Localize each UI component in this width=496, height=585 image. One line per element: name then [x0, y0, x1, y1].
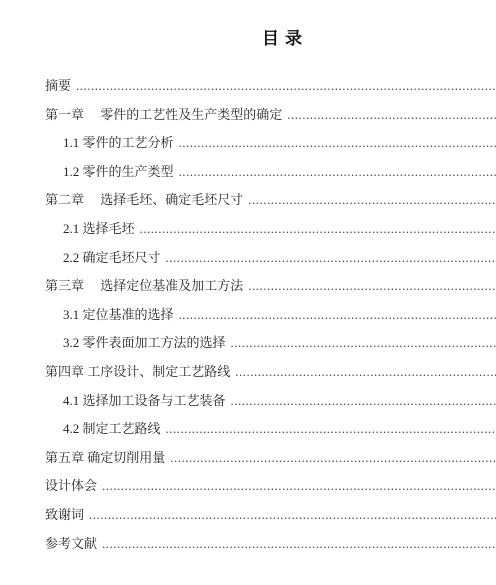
dot-leader: ........................................… [166, 244, 496, 273]
toc-entry-label: 2.1 选择毛坯 [63, 215, 135, 244]
dot-leader: ........................................… [89, 501, 496, 530]
dot-leader: ........................................… [166, 415, 496, 444]
dot-leader: ........................................… [235, 358, 496, 387]
toc-entry-label: 设计体会 [45, 472, 97, 501]
dot-leader: ........................................… [287, 101, 496, 130]
toc-entry-label: 第一章 零件的工艺性及生产类型的确定 [45, 101, 282, 130]
toc-entry-chapter-2: 第二章 选择毛坯、确定毛坯尺寸 ........................… [0, 186, 496, 215]
toc-entry-abstract: 摘要 .....................................… [0, 72, 496, 101]
toc-entry-label: 1.2 零件的生产类型 [63, 158, 174, 187]
toc-entry-label: 4.1 选择加工设备与工艺装备 [63, 387, 226, 416]
dot-leader: ........................................… [179, 301, 496, 330]
dot-leader: ........................................… [170, 444, 496, 473]
dot-leader: ........................................… [231, 329, 496, 358]
dot-leader: ........................................… [179, 129, 496, 158]
toc-entry-label: 参考文献 [45, 530, 97, 559]
toc-entry-1-2: 1.2 零件的生产类型 ............................… [0, 158, 496, 187]
toc-entry-label: 1.1 零件的工艺分析 [63, 129, 174, 158]
toc-entry-3-1: 3.1 定位基准的选择 ............................… [0, 301, 496, 330]
dot-leader: ........................................… [231, 387, 496, 416]
toc-entry-4-1: 4.1 选择加工设备与工艺装备 ........................… [0, 387, 496, 416]
dot-leader: ........................................… [248, 186, 496, 215]
toc-entry-acknowledgements: 致谢词 ....................................… [0, 501, 496, 530]
toc-entry-label: 第二章 选择毛坯、确定毛坯尺寸 [45, 186, 243, 215]
toc-list: 摘要 .....................................… [0, 72, 496, 558]
toc-entry-label: 摘要 [45, 72, 71, 101]
dot-leader: ........................................… [248, 272, 496, 301]
toc-entry-1-1: 1.1 零件的工艺分析 ............................… [0, 129, 496, 158]
dot-leader: ........................................… [179, 158, 496, 187]
toc-entry-label: 2.2 确定毛坯尺寸 [63, 244, 161, 273]
toc-entry-label: 4.2 制定工艺路线 [63, 415, 161, 444]
toc-entry-label: 致谢词 [45, 501, 84, 530]
toc-entry-chapter-4: 第四章 工序设计、制定工艺路线 ........................… [0, 358, 496, 387]
dot-leader: ........................................… [102, 530, 496, 559]
toc-page: 目录 摘要 ..................................… [0, 0, 496, 585]
toc-entry-label: 第三章 选择定位基准及加工方法 [45, 272, 243, 301]
toc-entry-label: 第五章 确定切削用量 [45, 444, 165, 473]
toc-entry-design-experience: 设计体会 ...................................… [0, 472, 496, 501]
dot-leader: ........................................… [140, 215, 496, 244]
toc-entry-label: 3.2 零件表面加工方法的选择 [63, 329, 226, 358]
dot-leader: ........................................… [76, 72, 496, 101]
page-title: 目录 [0, 25, 496, 53]
toc-entry-2-1: 2.1 选择毛坯 ...............................… [0, 215, 496, 244]
toc-entry-chapter-3: 第三章 选择定位基准及加工方法 ........................… [0, 272, 496, 301]
toc-entry-label: 第四章 工序设计、制定工艺路线 [45, 358, 230, 387]
dot-leader: ........................................… [102, 472, 496, 501]
toc-entry-chapter-1: 第一章 零件的工艺性及生产类型的确定 .....................… [0, 101, 496, 130]
toc-entry-chapter-5: 第五章 确定切削用量 .............................… [0, 444, 496, 473]
toc-entry-references: 参考文献 ...................................… [0, 530, 496, 559]
toc-entry-3-2: 3.2 零件表面加工方法的选择 ........................… [0, 329, 496, 358]
toc-entry-2-2: 2.2 确定毛坯尺寸 .............................… [0, 244, 496, 273]
toc-entry-4-2: 4.2 制定工艺路线 .............................… [0, 415, 496, 444]
toc-entry-label: 3.1 定位基准的选择 [63, 301, 174, 330]
